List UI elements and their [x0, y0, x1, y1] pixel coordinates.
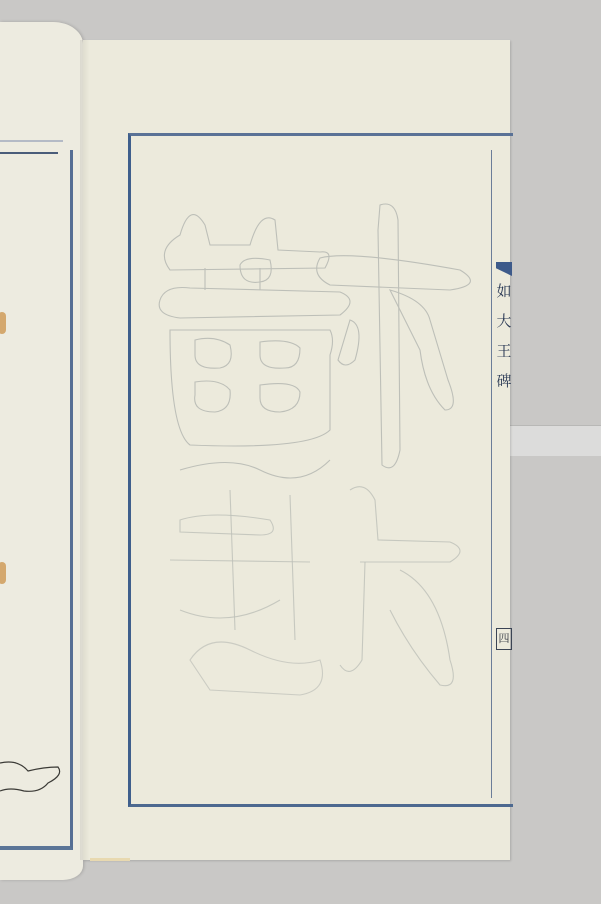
margin-title-char: 王 [496, 336, 511, 366]
margin-title-char: 大 [496, 306, 511, 336]
left-page: outline tracing fragment [0, 22, 83, 880]
background-paper-strip [500, 425, 601, 456]
binding-thread-mark [0, 312, 6, 334]
binding-thread-mark [0, 562, 6, 584]
margin-column-rule [491, 150, 492, 798]
left-page-outline-fragment [0, 757, 62, 797]
margin-title-char: 如 [496, 276, 511, 306]
left-page-frame [0, 150, 73, 850]
page-edge-stain [90, 858, 130, 861]
fish-tail-mark-icon [496, 262, 512, 276]
traced-calligraphy-characters [150, 190, 480, 720]
margin-title-char: 碑 [496, 366, 511, 396]
book-gutter-shadow [80, 40, 90, 860]
left-frame-shadow-line [0, 140, 63, 142]
page-number-box: 四 [496, 628, 512, 650]
margin-column-title: 如 大 王 碑 [496, 262, 512, 402]
